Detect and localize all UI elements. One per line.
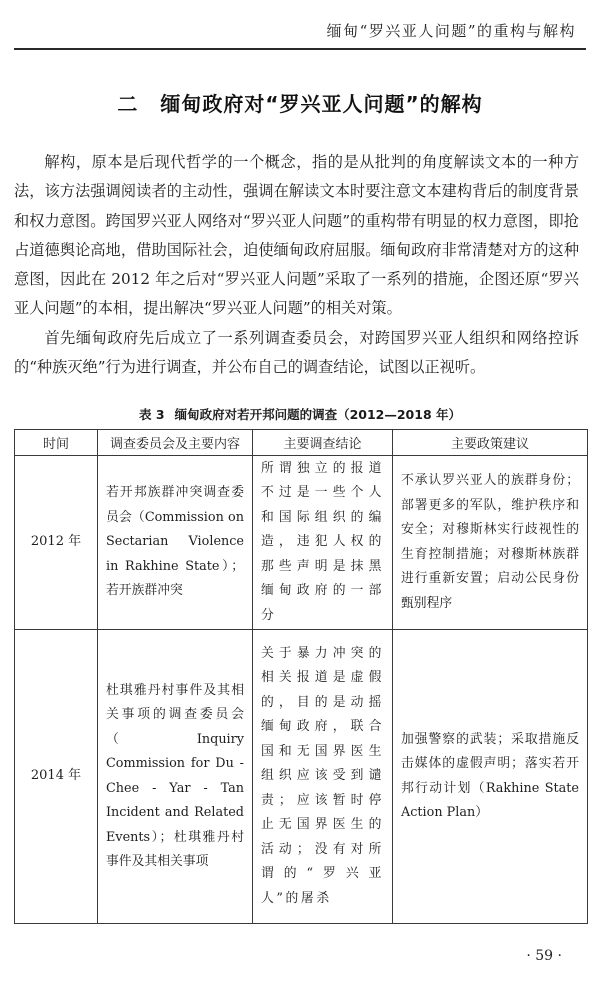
investigation-table: 时间 调查委员会及主要内容 主要调查结论 主要政策建议 2012 年 若开邦族群… [14,429,588,924]
cell-policy: 不承认罗兴亚人的族群身份；部署更多的军队，维护秩序和安全；对穆斯林实行歧视性的生… [393,456,588,630]
cell-commission: 杜琪雅丹村事件及其相关事项的调查委员会（Inquiry Commission f… [98,630,253,924]
paragraph: 首先缅甸政府先后成立了一系列调查委员会，对跨国罗兴亚人组织和网络控诉的“种族灭绝… [14,324,579,383]
table-caption: 表 3缅甸政府对若开邦问题的调查（2012—2018 年） [0,405,600,423]
cell-year: 2014 年 [15,630,98,924]
section-title: 二缅甸政府对“罗兴亚人问题”的解构 [0,88,600,117]
table-row: 2014 年 杜琪雅丹村事件及其相关事项的调查委员会（Inquiry Commi… [15,630,588,924]
table-caption-label: 表 3 [139,407,165,422]
section-number: 二 [117,92,138,116]
section-heading: 缅甸政府对“罗兴亚人问题”的解构 [160,92,482,116]
cell-year: 2012 年 [15,456,98,630]
table-header-row: 时间 调查委员会及主要内容 主要调查结论 主要政策建议 [15,430,588,456]
header-commission: 调查委员会及主要内容 [98,430,253,456]
body-text: 解构，原本是后现代哲学的一个概念，指的是从批判的角度解读文本的一种方法，该方法强… [14,148,579,382]
running-header: 缅甸“罗兴亚人问题”的重构与解构 [14,14,586,50]
table-row: 2012 年 若开邦族群冲突调查委员会（Commission on Sectar… [15,456,588,630]
paragraph: 解构，原本是后现代哲学的一个概念，指的是从批判的角度解读文本的一种方法，该方法强… [14,148,579,324]
cell-conclusion: 关于暴力冲突的相关报道是虚假的，目的是动摇缅甸政府，联合国和无国界医生组织应该受… [253,630,393,924]
cell-conclusion: 所谓独立的报道不过是一些个人和国际组织的编造，违犯人权的那些声明是抹黑缅甸政府的… [253,456,393,630]
cell-policy: 加强警察的武装；采取措施反击媒体的虚假声明；落实若开邦行动计划（Rakhine … [393,630,588,924]
header-policy: 主要政策建议 [393,430,588,456]
page-number: · 59 · [526,948,562,964]
header-conclusion: 主要调查结论 [253,430,393,456]
table-caption-title: 缅甸政府对若开邦问题的调查（2012—2018 年） [175,407,461,422]
header-time: 时间 [15,430,98,456]
cell-commission: 若开邦族群冲突调查委员会（Commission on Sectarian Vio… [98,456,253,630]
running-header-title: 缅甸“罗兴亚人问题”的重构与解构 [327,20,576,41]
